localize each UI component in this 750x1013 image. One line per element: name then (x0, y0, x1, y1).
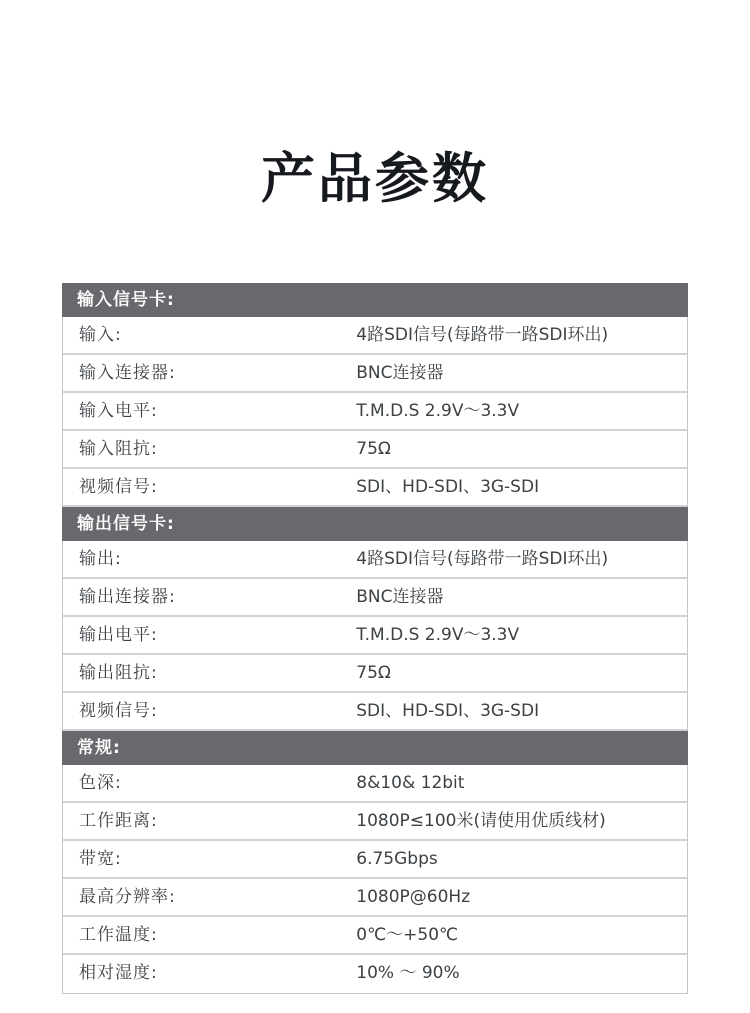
spec-value: 75Ω (356, 655, 687, 691)
table-row: 相对湿度:10% ～ 90% (63, 955, 687, 993)
spec-value: 1080P@60Hz (356, 879, 687, 915)
spec-value: 4路SDI信号(每路带一路SDI环出) (356, 541, 687, 577)
page-title: 产品参数 (0, 136, 750, 213)
spec-label: 工作温度: (63, 917, 356, 953)
spec-label: 相对湿度: (63, 955, 356, 993)
spec-value: BNC连接器 (356, 579, 687, 615)
table-row: 输入:4路SDI信号(每路带一路SDI环出) (63, 317, 687, 355)
table-row: 输入电平:T.M.D.S 2.9V～3.3V (63, 393, 687, 431)
spec-value: 1080P≤100米(请使用优质线材) (356, 803, 687, 839)
spec-label: 输出连接器: (63, 579, 356, 615)
spec-value: SDI、HD-SDI、3G-SDI (356, 693, 687, 729)
spec-value: 8&10& 12bit (356, 765, 687, 801)
spec-label: 视频信号: (63, 469, 356, 505)
table-row: 工作温度:0℃～+50℃ (63, 917, 687, 955)
spec-label: 最高分辨率: (63, 879, 356, 915)
spec-value: T.M.D.S 2.9V～3.3V (356, 617, 687, 653)
spec-label: 输入: (63, 317, 356, 353)
section-header: 常规: (62, 731, 688, 765)
spec-label: 输出电平: (63, 617, 356, 653)
table-row: 色深:8&10& 12bit (63, 765, 687, 803)
table-row: 最高分辨率:1080P@60Hz (63, 879, 687, 917)
spec-label: 输出阻抗: (63, 655, 356, 691)
spec-value: 0℃～+50℃ (356, 917, 687, 953)
spec-value: 10% ～ 90% (356, 955, 687, 993)
spec-value: 75Ω (356, 431, 687, 467)
spec-value: BNC连接器 (356, 355, 687, 391)
spec-label: 视频信号: (63, 693, 356, 729)
table-row: 输出阻抗:75Ω (63, 655, 687, 693)
spec-value: 4路SDI信号(每路带一路SDI环出) (356, 317, 687, 353)
spec-label: 工作距离: (63, 803, 356, 839)
spec-label: 输入阻抗: (63, 431, 356, 467)
table-row: 视频信号:SDI、HD-SDI、3G-SDI (63, 469, 687, 507)
table-row: 输入阻抗:75Ω (63, 431, 687, 469)
spec-label: 输出: (63, 541, 356, 577)
table-row: 视频信号:SDI、HD-SDI、3G-SDI (63, 693, 687, 731)
spec-value: 6.75Gbps (356, 841, 687, 877)
spec-label: 色深: (63, 765, 356, 801)
section-header: 输出信号卡: (62, 507, 688, 541)
spec-value: T.M.D.S 2.9V～3.3V (356, 393, 687, 429)
spec-label: 带宽: (63, 841, 356, 877)
table-row: 带宽:6.75Gbps (63, 841, 687, 879)
section-header: 输入信号卡: (62, 283, 688, 317)
table-row: 输出连接器:BNC连接器 (63, 579, 687, 617)
table-row: 工作距离:1080P≤100米(请使用优质线材) (63, 803, 687, 841)
spec-label: 输入电平: (63, 393, 356, 429)
spec-table: 输入信号卡:输入:4路SDI信号(每路带一路SDI环出)输入连接器:BNC连接器… (62, 283, 688, 994)
spec-label: 输入连接器: (63, 355, 356, 391)
product-parameters-page: 产品参数 输入信号卡:输入:4路SDI信号(每路带一路SDI环出)输入连接器:B… (0, 0, 750, 1013)
spec-value: SDI、HD-SDI、3G-SDI (356, 469, 687, 505)
table-row: 输出:4路SDI信号(每路带一路SDI环出) (63, 541, 687, 579)
table-row: 输入连接器:BNC连接器 (63, 355, 687, 393)
table-row: 输出电平:T.M.D.S 2.9V～3.3V (63, 617, 687, 655)
